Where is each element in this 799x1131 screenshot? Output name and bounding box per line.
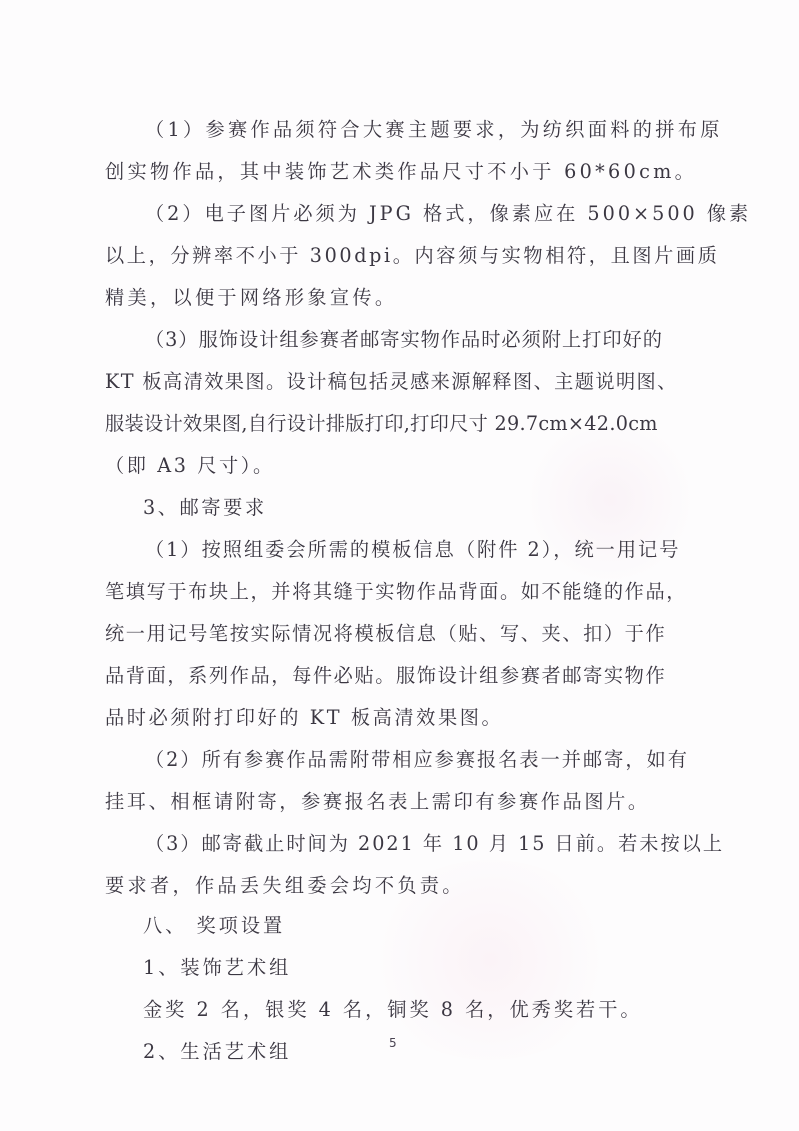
paragraph-line: 以上，分辨率不小于 300dpi。内容须与实物相符，且图片画质 — [105, 244, 695, 268]
paragraph-line: 品时必须附打印好的 KT 板高清效果图。 — [105, 706, 695, 730]
paragraph-line: （即 A3 尺寸）。 — [105, 454, 695, 478]
paragraph-line: 品背面，系列作品，每件必贴。服饰设计组参赛者邮寄实物作 — [105, 664, 695, 688]
paragraph-line: 笔填写于布块上，并将其缝于实物作品背面。如不能缝的作品， — [105, 580, 695, 604]
paragraph-line: 服装设计效果图,自行设计排版打印,打印尺寸 29.7cm×42.0cm — [105, 412, 695, 436]
paragraph-line: 精美，以便于网络形象宣传。 — [105, 286, 695, 310]
paragraph-line: 要求者，作品丢失组委会均不负责。 — [105, 874, 695, 898]
paragraph-line: （1）按照组委会所需的模板信息（附件 2），统一用记号 — [145, 538, 735, 562]
paragraph-line: （2）电子图片必须为 JPG 格式，像素应在 500×500 像素 — [145, 202, 735, 226]
page-number: 5 — [389, 1036, 397, 1050]
paragraph-line: （1）参赛作品须符合大赛主题要求，为纺织面料的拼布原 — [145, 118, 735, 142]
section-heading: 八、 奖项设置 — [143, 914, 733, 938]
document-page: （1）参赛作品须符合大赛主题要求，为纺织面料的拼布原 创实物作品，其中装饰艺术类… — [0, 0, 799, 1131]
paragraph-line: （3）服饰设计组参赛者邮寄实物作品时必须附上打印好的 — [145, 328, 735, 352]
paragraph-line: 挂耳、相框请附寄，参赛报名表上需印有参赛作品图片。 — [105, 790, 695, 814]
subsection-heading: 1、装饰艺术组 — [143, 956, 733, 980]
section-heading: 3、邮寄要求 — [143, 496, 733, 520]
paragraph-line: （2）所有参赛作品需附带相应参赛报名表一并邮寄，如有 — [145, 748, 735, 772]
paragraph-line: （3）邮寄截止时间为 2021 年 10 月 15 日前。若未按以上 — [145, 832, 735, 856]
paragraph-line: KT 板高清效果图。设计稿包括灵感来源解释图、主题说明图、 — [105, 370, 695, 394]
subsection-heading: 2、生活艺术组 — [143, 1040, 733, 1064]
paragraph-line: 金奖 2 名，银奖 4 名，铜奖 8 名，优秀奖若干。 — [143, 998, 733, 1022]
paragraph-line: 统一用记号笔按实际情况将模板信息（贴、写、夹、扣）于作 — [105, 622, 695, 646]
paragraph-line: 创实物作品，其中装饰艺术类作品尺寸不小于 60*60cm。 — [105, 160, 695, 184]
